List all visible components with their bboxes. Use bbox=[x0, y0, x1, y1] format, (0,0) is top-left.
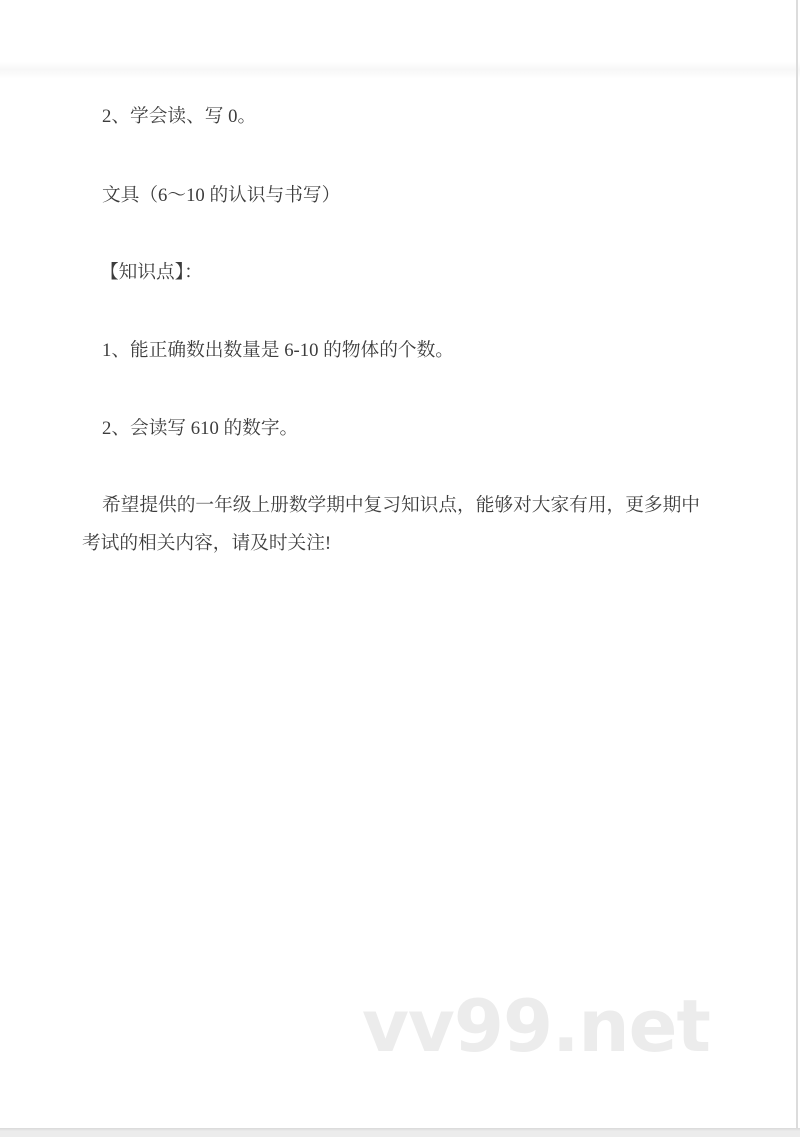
list-item-count-objects: 1、能正确数出数量是 6-10 的物体的个数。 bbox=[102, 339, 454, 363]
watermark-text: vv99.net bbox=[362, 990, 710, 1062]
bottom-strip bbox=[0, 1128, 800, 1137]
document-page: 2、学会读、写 0。 文具（6～10 的认识与书写） 【知识点】： 1、能正确数… bbox=[0, 0, 800, 1137]
closing-paragraph-line-1: 希望提供的一年级上册数学期中复习知识点，能够对大家有用，更多期中 bbox=[102, 494, 700, 518]
section-title-stationery: 文具（6～10 的认识与书写） bbox=[102, 184, 340, 208]
closing-paragraph-line-2: 考试的相关内容，请及时关注! bbox=[82, 532, 331, 556]
page-separator-band bbox=[0, 62, 800, 79]
page-right-edge-line bbox=[796, 0, 798, 1128]
list-item-read-write-610: 2、会读写 610 的数字。 bbox=[102, 417, 298, 441]
list-item-read-write-0: 2、学会读、写 0。 bbox=[102, 105, 256, 129]
knowledge-points-heading: 【知识点】： bbox=[100, 261, 203, 285]
